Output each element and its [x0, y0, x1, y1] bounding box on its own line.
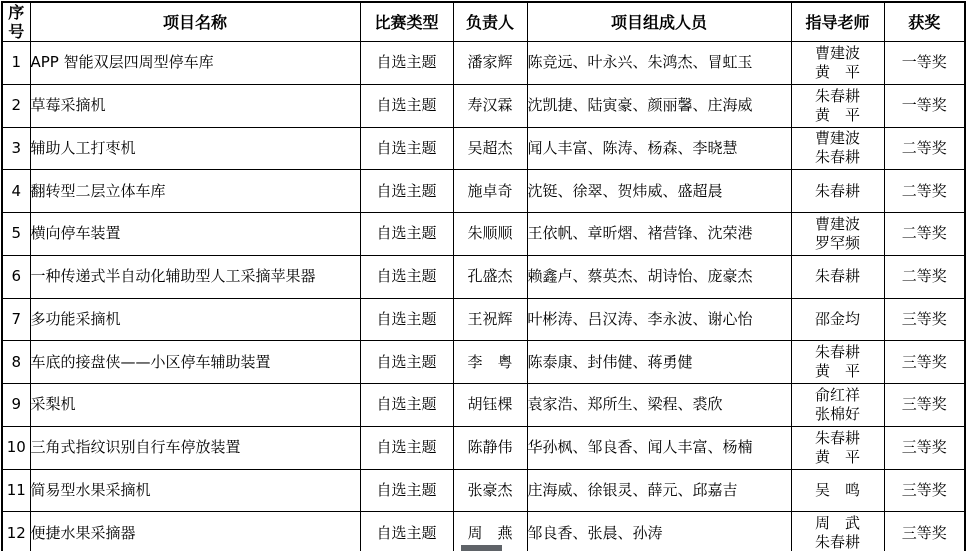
- table-row: 3 辅助人工打枣机 自选主题 吴超杰 闻人丰富、陈涛、杨森、李晓慧 曹建波朱春耕…: [2, 127, 965, 170]
- cell-competition-type: 自选主题: [360, 127, 453, 170]
- cell-members: 袁家浩、郑所生、梁程、裘欣: [527, 384, 791, 427]
- advisor-name: 朱春耕: [792, 87, 884, 106]
- advisor-name: 张棉好: [792, 405, 884, 424]
- advisor-name: 曹建波: [792, 44, 884, 63]
- cell-members: 华孙枫、邹良香、闻人丰富、杨楠: [527, 426, 791, 469]
- cell-leader: 潘家辉: [453, 42, 527, 85]
- cell-members: 沈铤、徐翠、贺炜威、盛超晨: [527, 170, 791, 213]
- awards-table: 序号 项目名称 比赛类型 负责人 项目组成人员 指导老师 获奖 1 APP 智能…: [1, 1, 966, 551]
- cell-award: 三等奖: [884, 341, 965, 384]
- advisor-name: 曹建波: [792, 129, 884, 148]
- cell-project-name: 横向停车装置: [30, 213, 360, 256]
- cell-project-name: 草莓采摘机: [30, 84, 360, 127]
- cell-award: 二等奖: [884, 170, 965, 213]
- cell-project-name: 多功能采摘机: [30, 298, 360, 341]
- cell-advisors: 曹建波罗罕频: [791, 213, 884, 256]
- cell-competition-type: 自选主题: [360, 213, 453, 256]
- cell-leader: 张豪杰: [453, 469, 527, 512]
- cell-leader: 吴超杰: [453, 127, 527, 170]
- cell-advisors: 俞红祥张棉好: [791, 384, 884, 427]
- advisor-name: 周 武: [792, 514, 884, 533]
- cell-project-name: 便捷水果采摘器: [30, 512, 360, 551]
- table-row: 4 翻转型二层立体车库 自选主题 施卓奇 沈铤、徐翠、贺炜威、盛超晨 朱春耕 二…: [2, 170, 965, 213]
- advisor-name: 黄 平: [792, 362, 884, 381]
- cell-index: 7: [2, 298, 30, 341]
- cell-leader: 胡钰棵: [453, 384, 527, 427]
- cell-index: 5: [2, 213, 30, 256]
- table-row: 11 简易型水果采摘机 自选主题 张豪杰 庄海威、徐银灵、薛元、邱嘉吉 吴 鸣 …: [2, 469, 965, 512]
- advisor-name: 朱春耕: [792, 267, 884, 286]
- advisor-name: 吴 鸣: [792, 481, 884, 500]
- cell-leader: 朱顺顺: [453, 213, 527, 256]
- col-header-members: 项目组成人员: [527, 2, 791, 42]
- cell-advisors: 朱春耕黄 平: [791, 84, 884, 127]
- cell-advisors: 朱春耕: [791, 255, 884, 298]
- cell-members: 庄海威、徐银灵、薛元、邱嘉吉: [527, 469, 791, 512]
- cell-advisors: 邵金均: [791, 298, 884, 341]
- cell-members: 赖鑫卢、蔡英杰、胡诗怡、庞豪杰: [527, 255, 791, 298]
- advisor-name: 黄 平: [792, 448, 884, 467]
- advisor-name: 黄 平: [792, 63, 884, 82]
- cell-competition-type: 自选主题: [360, 341, 453, 384]
- cell-leader: 孔盛杰: [453, 255, 527, 298]
- horizontal-scrollbar-thumb[interactable]: [461, 545, 502, 551]
- table-row: 9 采梨机 自选主题 胡钰棵 袁家浩、郑所生、梁程、裘欣 俞红祥张棉好 三等奖: [2, 384, 965, 427]
- advisor-name: 朱春耕: [792, 429, 884, 448]
- cell-award: 三等奖: [884, 426, 965, 469]
- cell-award: 二等奖: [884, 127, 965, 170]
- table-row: 7 多功能采摘机 自选主题 王祝辉 叶彬涛、吕汉涛、李永波、谢心怡 邵金均 三等…: [2, 298, 965, 341]
- cell-competition-type: 自选主题: [360, 42, 453, 85]
- cell-advisors: 朱春耕黄 平: [791, 341, 884, 384]
- table-row: 1 APP 智能双层四周型停车库 自选主题 潘家辉 陈竞远、叶永兴、朱鸿杰、冒虹…: [2, 42, 965, 85]
- cell-index: 1: [2, 42, 30, 85]
- cell-competition-type: 自选主题: [360, 384, 453, 427]
- table-row: 6 一种传递式半自动化辅助型人工采摘苹果器 自选主题 孔盛杰 赖鑫卢、蔡英杰、胡…: [2, 255, 965, 298]
- advisor-name: 朱春耕: [792, 148, 884, 167]
- cell-index: 2: [2, 84, 30, 127]
- col-header-project: 项目名称: [30, 2, 360, 42]
- header-row: 序号 项目名称 比赛类型 负责人 项目组成人员 指导老师 获奖: [2, 2, 965, 42]
- cell-members: 王依帆、章昕熠、褚营锋、沈荣港: [527, 213, 791, 256]
- cell-advisors: 吴 鸣: [791, 469, 884, 512]
- cell-competition-type: 自选主题: [360, 469, 453, 512]
- table-row: 5 横向停车装置 自选主题 朱顺顺 王依帆、章昕熠、褚营锋、沈荣港 曹建波罗罕频…: [2, 213, 965, 256]
- document-page: 序号 项目名称 比赛类型 负责人 项目组成人员 指导老师 获奖 1 APP 智能…: [0, 0, 967, 551]
- cell-project-name: 三角式指纹识别自行车停放装置: [30, 426, 360, 469]
- col-header-leader: 负责人: [453, 2, 527, 42]
- cell-members: 沈凯捷、陆寅豪、颜丽馨、庄海威: [527, 84, 791, 127]
- cell-index: 12: [2, 512, 30, 551]
- cell-members: 邹良香、张晨、孙涛: [527, 512, 791, 551]
- cell-project-name: APP 智能双层四周型停车库: [30, 42, 360, 85]
- cell-advisors: 曹建波朱春耕: [791, 127, 884, 170]
- cell-award: 一等奖: [884, 42, 965, 85]
- advisor-name: 朱春耕: [792, 182, 884, 201]
- advisor-name: 俞红祥: [792, 386, 884, 405]
- cell-competition-type: 自选主题: [360, 426, 453, 469]
- table-row: 8 车底的接盘侠——小区停车辅助装置 自选主题 李 粤 陈泰康、封伟健、蒋勇健 …: [2, 341, 965, 384]
- table-row: 2 草莓采摘机 自选主题 寿汉霖 沈凯捷、陆寅豪、颜丽馨、庄海威 朱春耕黄 平 …: [2, 84, 965, 127]
- cell-competition-type: 自选主题: [360, 512, 453, 551]
- cell-leader: 陈静伟: [453, 426, 527, 469]
- cell-index: 3: [2, 127, 30, 170]
- cell-project-name: 辅助人工打枣机: [30, 127, 360, 170]
- advisor-name: 黄 平: [792, 106, 884, 125]
- cell-project-name: 简易型水果采摘机: [30, 469, 360, 512]
- cell-members: 叶彬涛、吕汉涛、李永波、谢心怡: [527, 298, 791, 341]
- advisor-name: 曹建波: [792, 215, 884, 234]
- cell-index: 6: [2, 255, 30, 298]
- col-header-type: 比赛类型: [360, 2, 453, 42]
- cell-competition-type: 自选主题: [360, 298, 453, 341]
- cell-project-name: 翻转型二层立体车库: [30, 170, 360, 213]
- cell-award: 一等奖: [884, 84, 965, 127]
- advisor-name: 朱春耕: [792, 343, 884, 362]
- cell-advisors: 曹建波黄 平: [791, 42, 884, 85]
- col-header-award: 获奖: [884, 2, 965, 42]
- cell-award: 三等奖: [884, 469, 965, 512]
- cell-award: 三等奖: [884, 298, 965, 341]
- cell-members: 闻人丰富、陈涛、杨森、李晓慧: [527, 127, 791, 170]
- cell-project-name: 一种传递式半自动化辅助型人工采摘苹果器: [30, 255, 360, 298]
- cell-competition-type: 自选主题: [360, 255, 453, 298]
- col-header-index: 序号: [2, 2, 30, 42]
- cell-members: 陈泰康、封伟健、蒋勇健: [527, 341, 791, 384]
- cell-index: 10: [2, 426, 30, 469]
- cell-advisors: 朱春耕黄 平: [791, 426, 884, 469]
- cell-index: 11: [2, 469, 30, 512]
- cell-leader: 李 粤: [453, 341, 527, 384]
- cell-project-name: 车底的接盘侠——小区停车辅助装置: [30, 341, 360, 384]
- cell-advisors: 周 武朱春耕: [791, 512, 884, 551]
- cell-members: 陈竞远、叶永兴、朱鸿杰、冒虹玉: [527, 42, 791, 85]
- cell-index: 9: [2, 384, 30, 427]
- advisor-name: 罗罕频: [792, 234, 884, 253]
- cell-leader: 王祝辉: [453, 298, 527, 341]
- advisor-name: 朱春耕: [792, 533, 884, 551]
- table-row: 10 三角式指纹识别自行车停放装置 自选主题 陈静伟 华孙枫、邹良香、闻人丰富、…: [2, 426, 965, 469]
- advisor-name: 邵金均: [792, 310, 884, 329]
- cell-index: 4: [2, 170, 30, 213]
- cell-award: 二等奖: [884, 255, 965, 298]
- cell-leader: 施卓奇: [453, 170, 527, 213]
- cell-competition-type: 自选主题: [360, 170, 453, 213]
- cell-index: 8: [2, 341, 30, 384]
- cell-advisors: 朱春耕: [791, 170, 884, 213]
- cell-award: 二等奖: [884, 213, 965, 256]
- cell-competition-type: 自选主题: [360, 84, 453, 127]
- cell-project-name: 采梨机: [30, 384, 360, 427]
- col-header-advisors: 指导老师: [791, 2, 884, 42]
- cell-leader: 寿汉霖: [453, 84, 527, 127]
- cell-award: 三等奖: [884, 384, 965, 427]
- cell-award: 三等奖: [884, 512, 965, 551]
